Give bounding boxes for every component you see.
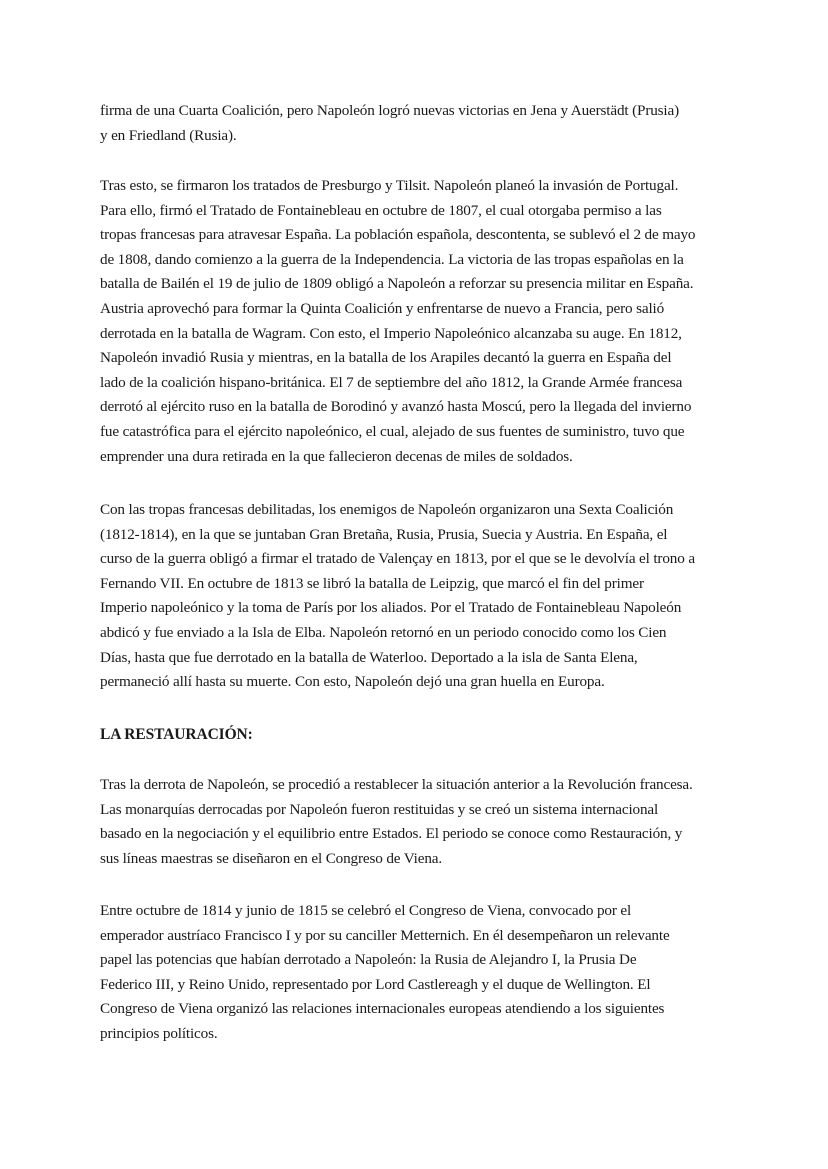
text-line: lado de la coalición hispano-británica. … [100, 371, 740, 396]
paragraph-tratados-presburgo-tilsit: Tras esto, se firmaron los tratados de P… [100, 174, 740, 469]
text-line: permaneció allí hasta su muerte. Con est… [100, 670, 740, 695]
text-line: Las monarquías derrocadas por Napoleón f… [100, 798, 740, 823]
text-line: Tras la derrota de Napoleón, se procedió… [100, 773, 740, 798]
text-line: abdicó y fue enviado a la Isla de Elba. … [100, 621, 740, 646]
text-line: Con las tropas francesas debilitadas, lo… [100, 498, 740, 523]
text-line: sus líneas maestras se diseñaron en el C… [100, 847, 740, 872]
text-line: principios políticos. [100, 1022, 740, 1047]
text-line: curso de la guerra obligó a firmar el tr… [100, 547, 740, 572]
text-line: y en Friedland (Rusia). [100, 124, 740, 149]
document-page: firma de una Cuarta Coalición, pero Napo… [0, 0, 828, 1169]
text-line: derrotada en la batalla de Wagram. Con e… [100, 322, 740, 347]
text-line: Imperio napoleónico y la toma de París p… [100, 596, 740, 621]
text-line: de 1808, dando comienzo a la guerra de l… [100, 248, 740, 273]
text-line: derrotó al ejército ruso en la batalla d… [100, 395, 740, 420]
section-heading-restauracion: LA RESTAURACIÓN: [100, 723, 253, 747]
text-line: Para ello, firmó el Tratado de Fontaineb… [100, 199, 740, 224]
text-line: firma de una Cuarta Coalición, pero Napo… [100, 99, 740, 124]
paragraph-restauracion-intro: Tras la derrota de Napoleón, se procedió… [100, 773, 740, 871]
text-line: papel las potencias que habían derrotado… [100, 948, 740, 973]
text-line: emperador austríaco Francisco I y por su… [100, 924, 740, 949]
paragraph-congreso-viena: Entre octubre de 1814 y junio de 1815 se… [100, 899, 740, 1047]
paragraph-cuarta-coalicion: firma de una Cuarta Coalición, pero Napo… [100, 99, 740, 148]
text-line: Federico III, y Reino Unido, representad… [100, 973, 740, 998]
text-line: tropas francesas para atravesar España. … [100, 223, 740, 248]
text-line: Tras esto, se firmaron los tratados de P… [100, 174, 740, 199]
text-line: Días, hasta que fue derrotado en la bata… [100, 646, 740, 671]
text-line: basado en la negociación y el equilibrio… [100, 822, 740, 847]
text-line: Fernando VII. En octubre de 1813 se libr… [100, 572, 740, 597]
text-line: emprender una dura retirada en la que fa… [100, 445, 740, 470]
text-line: Congreso de Viena organizó las relacione… [100, 997, 740, 1022]
paragraph-sexta-coalicion: Con las tropas francesas debilitadas, lo… [100, 498, 740, 695]
text-line: fue catastrófica para el ejército napole… [100, 420, 740, 445]
text-line: Entre octubre de 1814 y junio de 1815 se… [100, 899, 740, 924]
text-line: Napoleón invadió Rusia y mientras, en la… [100, 346, 740, 371]
text-line: batalla de Bailén el 19 de julio de 1809… [100, 272, 740, 297]
text-line: Austria aprovechó para formar la Quinta … [100, 297, 740, 322]
text-line: (1812-1814), en la que se juntaban Gran … [100, 523, 740, 548]
